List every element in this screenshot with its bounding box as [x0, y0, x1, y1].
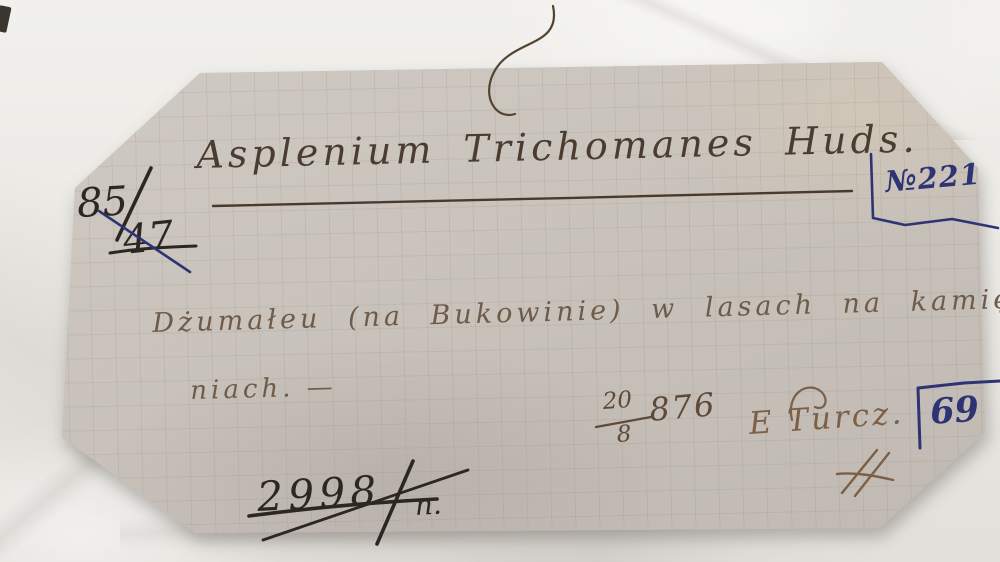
- date-month: 8: [616, 423, 632, 447]
- locality-line-2: niach. —: [190, 374, 337, 404]
- label-wrapper: [0, 0, 1000, 562]
- herbarium-label: [0, 0, 1000, 562]
- catalog-number: №221: [884, 160, 982, 197]
- struck-old-number: 2998: [256, 470, 382, 517]
- struck-number-bottom: 47: [121, 216, 176, 261]
- date-year: 876: [648, 388, 718, 426]
- inventory-number: 69: [929, 392, 980, 430]
- herbarium-photo: Asplenium Trichomanes Huds. 85 47 №221 D…: [0, 0, 1000, 562]
- date-day: 20: [602, 389, 633, 414]
- struck-old-number-suffix: п.: [414, 491, 442, 520]
